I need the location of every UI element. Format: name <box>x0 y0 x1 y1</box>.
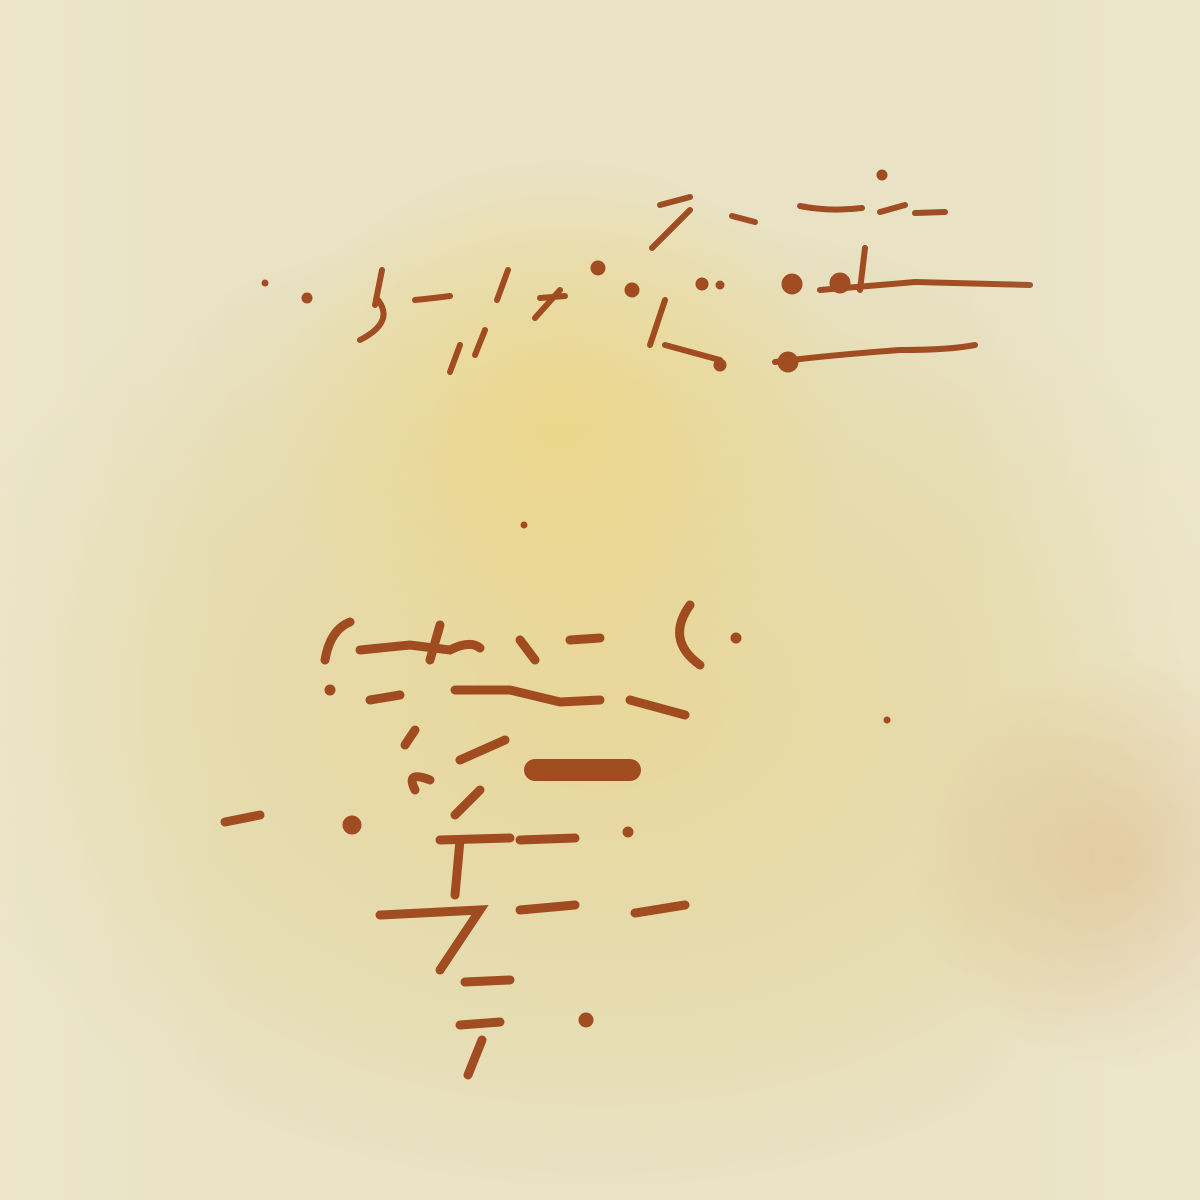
ink-block-bottom <box>225 605 700 1075</box>
parchment <box>0 0 1200 1200</box>
ink-marks <box>0 0 1200 1200</box>
ink-block-top <box>360 197 1030 372</box>
